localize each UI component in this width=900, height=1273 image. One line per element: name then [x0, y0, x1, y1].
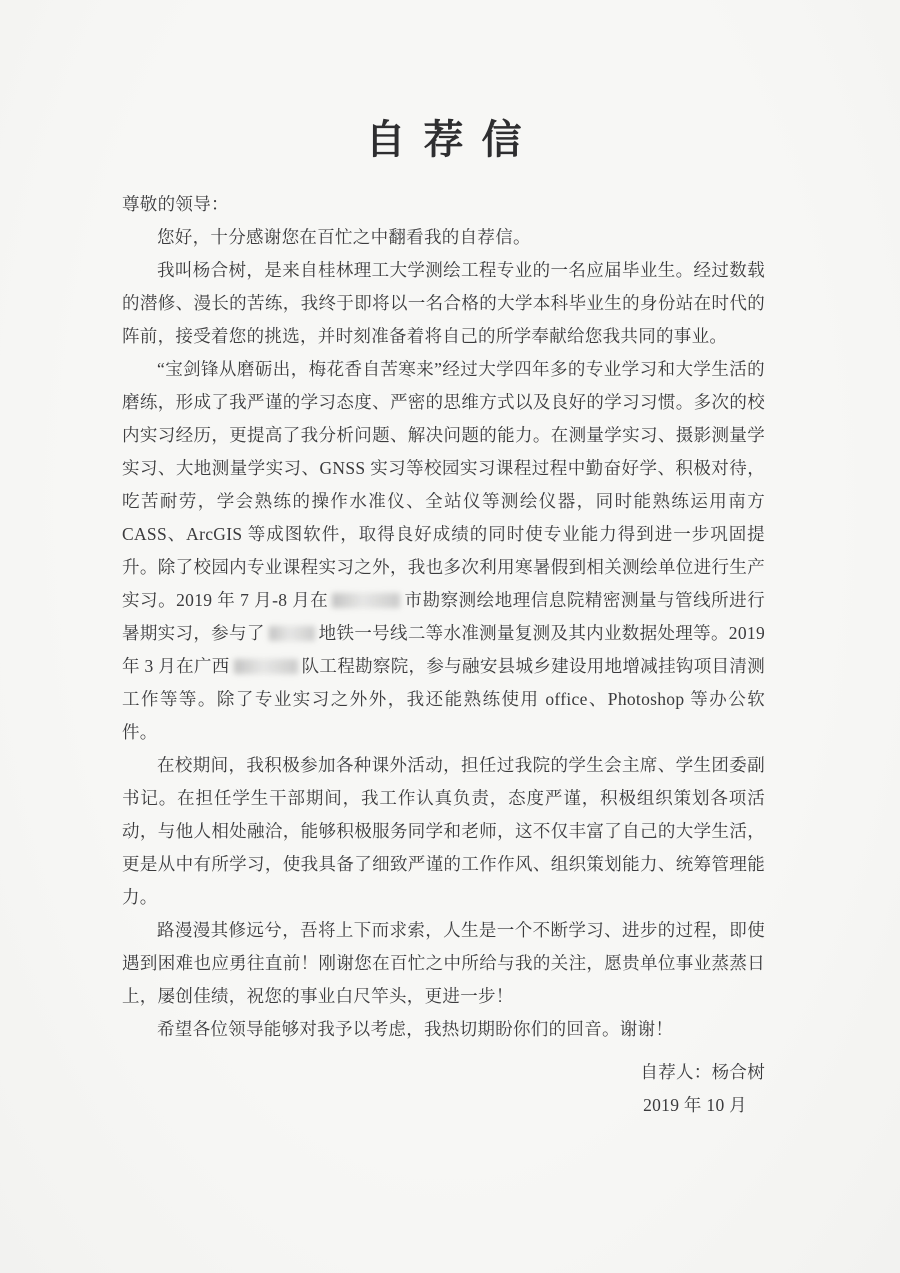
- page-title: 自荐信: [122, 112, 765, 168]
- paragraph-greeting: 您好，十分感谢您在百忙之中翻看我的自荐信。: [122, 221, 765, 254]
- signature-name: 自荐人：杨合树: [122, 1056, 765, 1089]
- letter-page: 自荐信 尊敬的领导： 您好，十分感谢您在百忙之中翻看我的自荐信。 我叫杨合树，是…: [0, 0, 900, 1273]
- letter-content: 自荐信 尊敬的领导： 您好，十分感谢您在百忙之中翻看我的自荐信。 我叫杨合树，是…: [0, 0, 900, 1122]
- salutation: 尊敬的领导：: [122, 188, 765, 221]
- redacted-metro-city-name: [269, 626, 315, 641]
- paragraph-campus-activities: 在校期间，我积极参加各种课外活动，担任过我院的学生会主席、学生团委副书记。在担任…: [122, 749, 765, 914]
- paragraph-hope: 希望各位领导能够对我予以考虑，我热切期盼你们的回音。谢谢！: [122, 1013, 765, 1046]
- signature-block: 自荐人：杨合树 2019 年 10 月: [122, 1056, 765, 1122]
- experience-text-1: “宝剑锋从磨砺出，梅花香自苦寒来”经过大学四年多的专业学习和大学生活的磨练，形成…: [122, 359, 765, 610]
- paragraph-experience: “宝剑锋从磨砺出，梅花香自苦寒来”经过大学四年多的专业学习和大学生活的磨练，形成…: [122, 353, 765, 749]
- paragraph-intro: 我叫杨合树，是来自桂林理工大学测绘工程专业的一名应届毕业生。经过数载的潜修、漫长…: [122, 254, 765, 353]
- redacted-survey-unit-name: [234, 659, 298, 674]
- paragraph-closing: 路漫漫其修远兮，吾将上下而求索，人生是一个不断学习、进步的过程，即使遇到困难也应…: [122, 914, 765, 1013]
- signature-date: 2019 年 10 月: [122, 1089, 765, 1122]
- redacted-city-name: [332, 593, 400, 608]
